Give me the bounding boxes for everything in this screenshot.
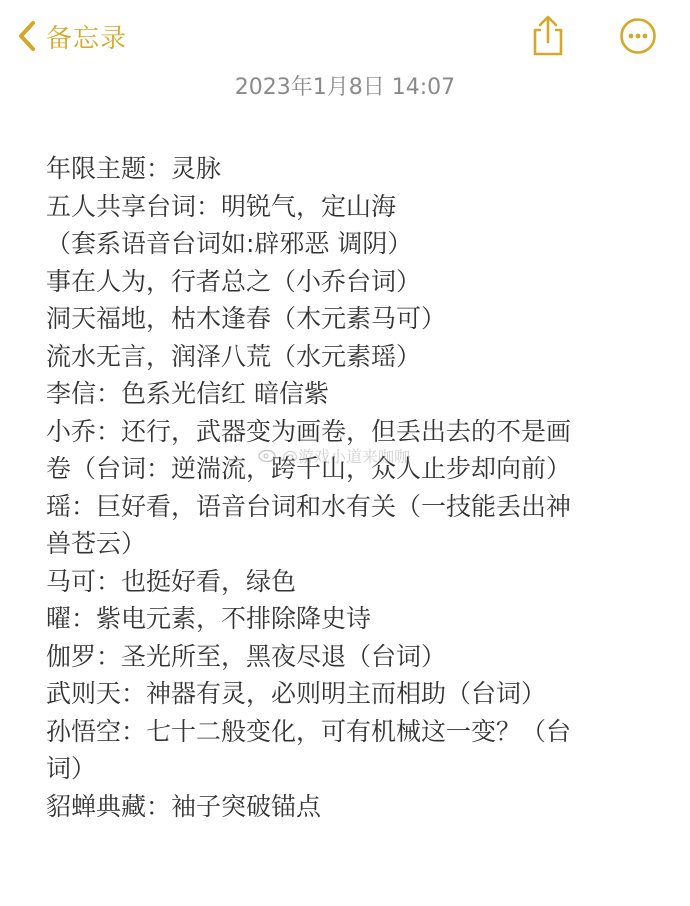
note-line: 事在人为，行者总之（小乔台词）	[46, 263, 646, 301]
note-line: 年限主题：灵脉	[46, 150, 646, 188]
weibo-icon	[258, 446, 278, 466]
note-line: 貂蝉典藏：袖子突破锚点	[46, 788, 646, 826]
note-line: 兽苍云）	[46, 525, 646, 563]
share-icon	[530, 43, 566, 62]
chevron-left-icon	[18, 21, 36, 51]
back-button[interactable]: 备忘录	[18, 16, 127, 56]
back-label: 备忘录	[46, 18, 127, 55]
navigation-bar: 备忘录	[0, 0, 690, 72]
share-button[interactable]	[530, 14, 566, 58]
note-line: 瑶：巨好看，语音台词和水有关（一技能丢出神	[46, 488, 646, 526]
note-line: 五人共享台词：明锐气，定山海	[46, 188, 646, 226]
note-line: 武则天：神器有灵，必则明主而相助（台词）	[46, 675, 646, 713]
more-button[interactable]	[619, 17, 657, 55]
watermark-text: @游戏小道来咖咖	[282, 444, 410, 467]
ellipsis-circle-icon	[619, 40, 657, 59]
note-line: 马可：也挺好看，绿色	[46, 563, 646, 601]
note-date: 2023年1月8日 14:07	[0, 70, 690, 101]
note-line: 词）	[46, 750, 646, 788]
note-line: 伽罗：圣光所至，黑夜尽退（台词）	[46, 638, 646, 676]
note-line: 流水无言，润泽八荒（水元素瑶）	[46, 338, 646, 376]
note-line: 孙悟空：七十二般变化，可有机械这一变？（台	[46, 713, 646, 751]
note-line: 李信：色系光信红 暗信紫	[46, 375, 646, 413]
note-line: 曜：紫电元素，不排除降史诗	[46, 600, 646, 638]
note-line: （套系语音台词如:辟邪恶 调阴）	[46, 225, 646, 263]
note-body[interactable]: 年限主题：灵脉 五人共享台词：明锐气，定山海 （套系语音台词如:辟邪恶 调阴） …	[46, 150, 646, 825]
note-line: 洞天福地，枯木逢春（木元素马可）	[46, 300, 646, 338]
watermark: @游戏小道来咖咖	[258, 444, 410, 467]
